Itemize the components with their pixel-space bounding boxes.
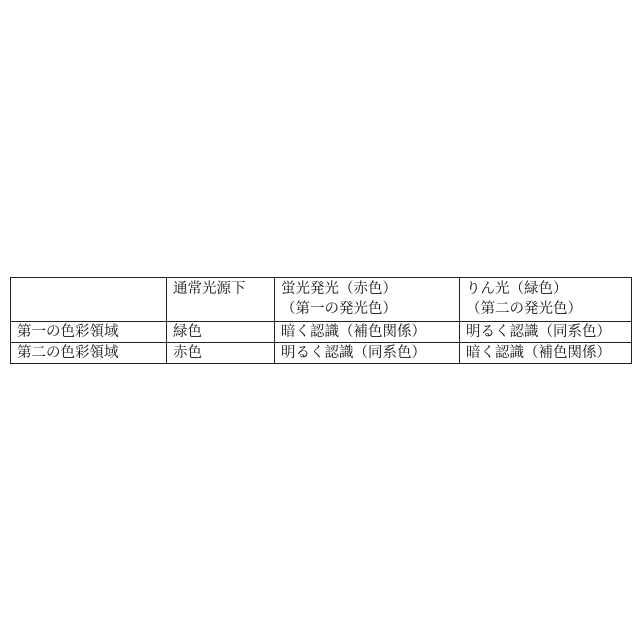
header-normal-light: 通常光源下	[167, 278, 275, 322]
cell-phosphorescence: 暗く認識（補色関係）	[460, 343, 632, 364]
cell-fluorescence: 暗く認識（補色関係）	[275, 322, 460, 343]
header-fluorescence-line2: （第一の発光色）	[281, 299, 459, 319]
header-normal-light-label: 通常光源下	[173, 279, 274, 299]
header-corner-cell	[11, 278, 167, 322]
header-fluorescence-line1: 蛍光発光（赤色）	[281, 279, 459, 299]
cell-phosphorescence: 明るく認識（同系色）	[460, 322, 632, 343]
header-phosphorescence-line1: りん光（緑色）	[466, 279, 631, 299]
header-fluorescence: 蛍光発光（赤色） （第一の発光色）	[275, 278, 460, 322]
table-header-row: 通常光源下 蛍光発光（赤色） （第一の発光色） りん光（緑色） （第二の発光色）	[11, 278, 632, 322]
row-label: 第二の色彩領域	[11, 343, 167, 364]
cell-fluorescence: 明るく認識（同系色）	[275, 343, 460, 364]
row-label: 第一の色彩領域	[11, 322, 167, 343]
table-row: 第一の色彩領域 緑色 暗く認識（補色関係） 明るく認識（同系色）	[11, 322, 632, 343]
color-region-table: 通常光源下 蛍光発光（赤色） （第一の発光色） りん光（緑色） （第二の発光色）…	[10, 277, 632, 364]
header-phosphorescence: りん光（緑色） （第二の発光色）	[460, 278, 632, 322]
cell-normal: 緑色	[167, 322, 275, 343]
cell-normal: 赤色	[167, 343, 275, 364]
table-row: 第二の色彩領域 赤色 明るく認識（同系色） 暗く認識（補色関係）	[11, 343, 632, 364]
header-phosphorescence-line2: （第二の発光色）	[466, 299, 631, 319]
